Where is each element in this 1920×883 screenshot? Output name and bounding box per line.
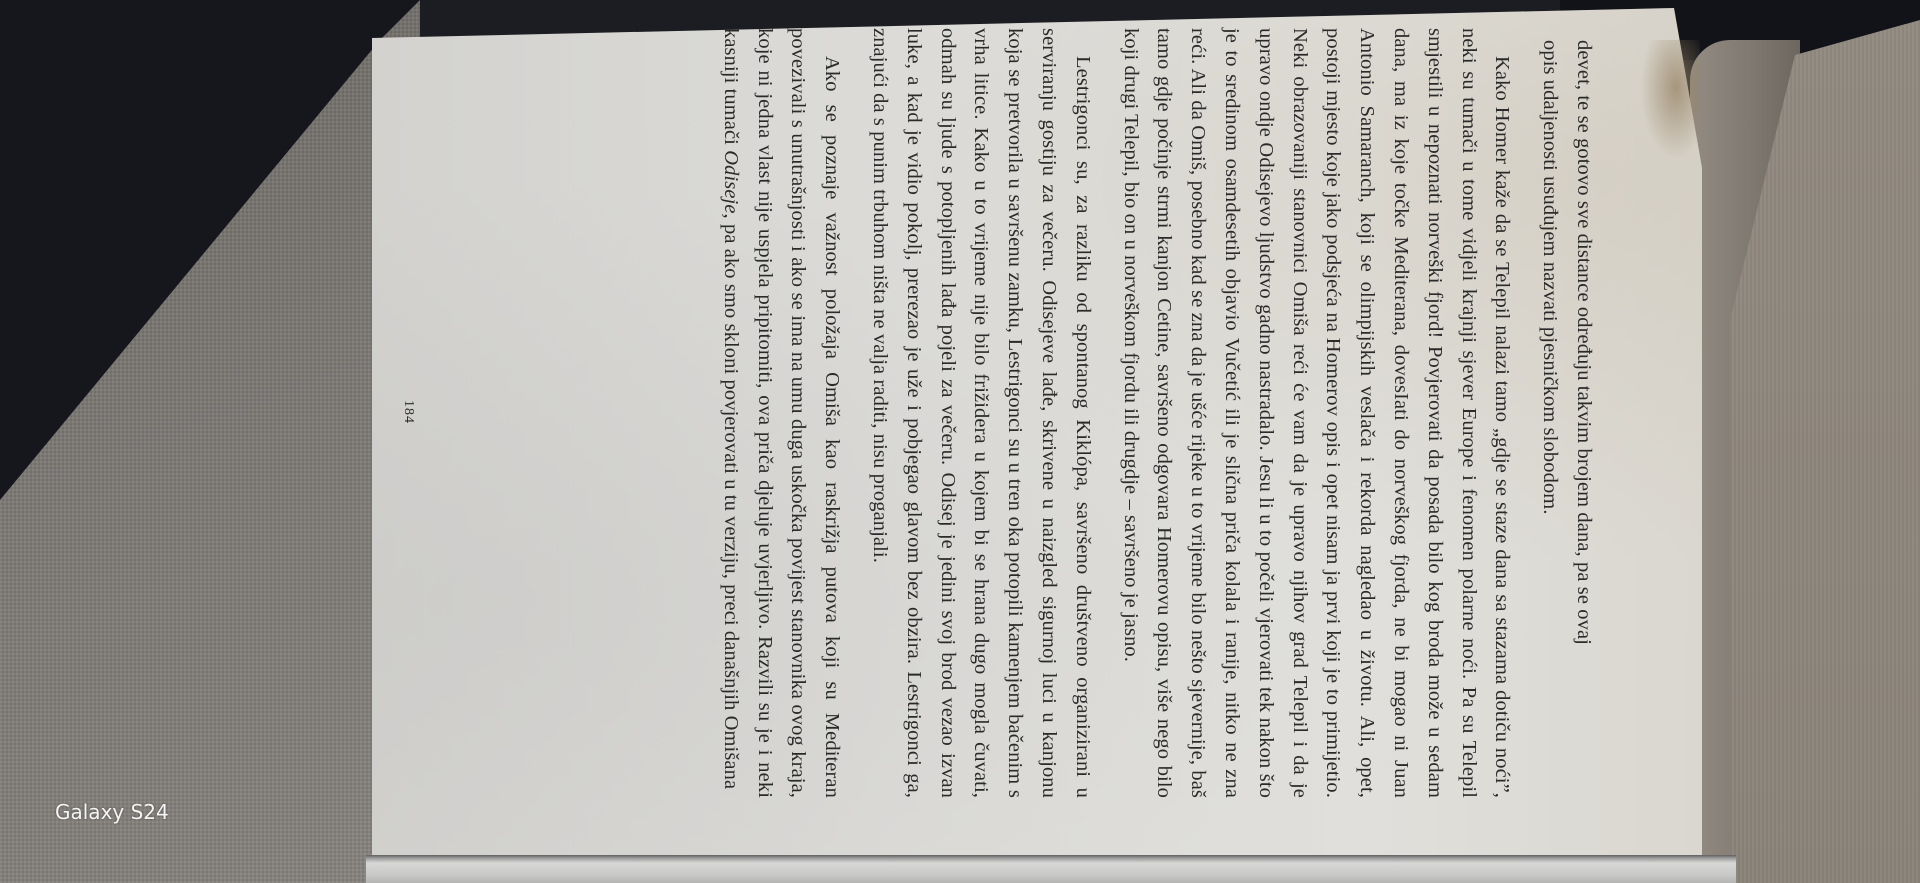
page-number: 184 [400,400,416,424]
page-corner-stain [1640,40,1700,160]
opening-line: opis udaljenosti usuđujem nazvati pjesni… [1532,40,1566,798]
opening-line: devet, te se gotovo sve distance određuj… [1566,40,1600,798]
book-title-odiseje: Odiseje [720,150,742,213]
paragraph-lestrigonci: Lestrigonci su, za razliku od spontanog … [862,28,1099,798]
paragraph-omis-text-end: , pa ako smo skloni povjerovati u tu ver… [720,214,742,790]
camera-watermark: Galaxy S24 [55,800,169,824]
page-text: devet, te se gotovo sve distance određuj… [500,28,1600,798]
paragraph-homer: Kako Homer kaže da se Telepil nalazi tam… [1113,28,1519,798]
paragraph-omis: Ako se poznaje važnost položaja Omiša ka… [713,28,848,798]
opening-lines: devet, te se gotovo sve distance određuj… [1532,28,1600,798]
page-stack-edge [366,855,1736,883]
